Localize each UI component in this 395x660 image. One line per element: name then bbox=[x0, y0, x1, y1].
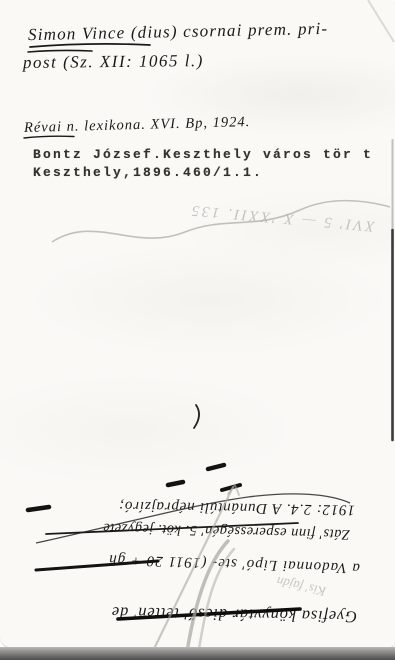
scan-bottom-edge bbox=[0, 647, 395, 660]
typewritten-line1: Bontz József.Keszthely város tör t bbox=[33, 147, 373, 162]
typewritten-line2: Keszthely,1896.460/1.1. bbox=[33, 165, 263, 180]
scanned-catalog-card: Simon Vince (dius) csornai prem. pri- po… bbox=[0, 0, 395, 660]
handwritten-title-line2: post (Sz. XII: 1065 l.) bbox=[23, 51, 204, 73]
